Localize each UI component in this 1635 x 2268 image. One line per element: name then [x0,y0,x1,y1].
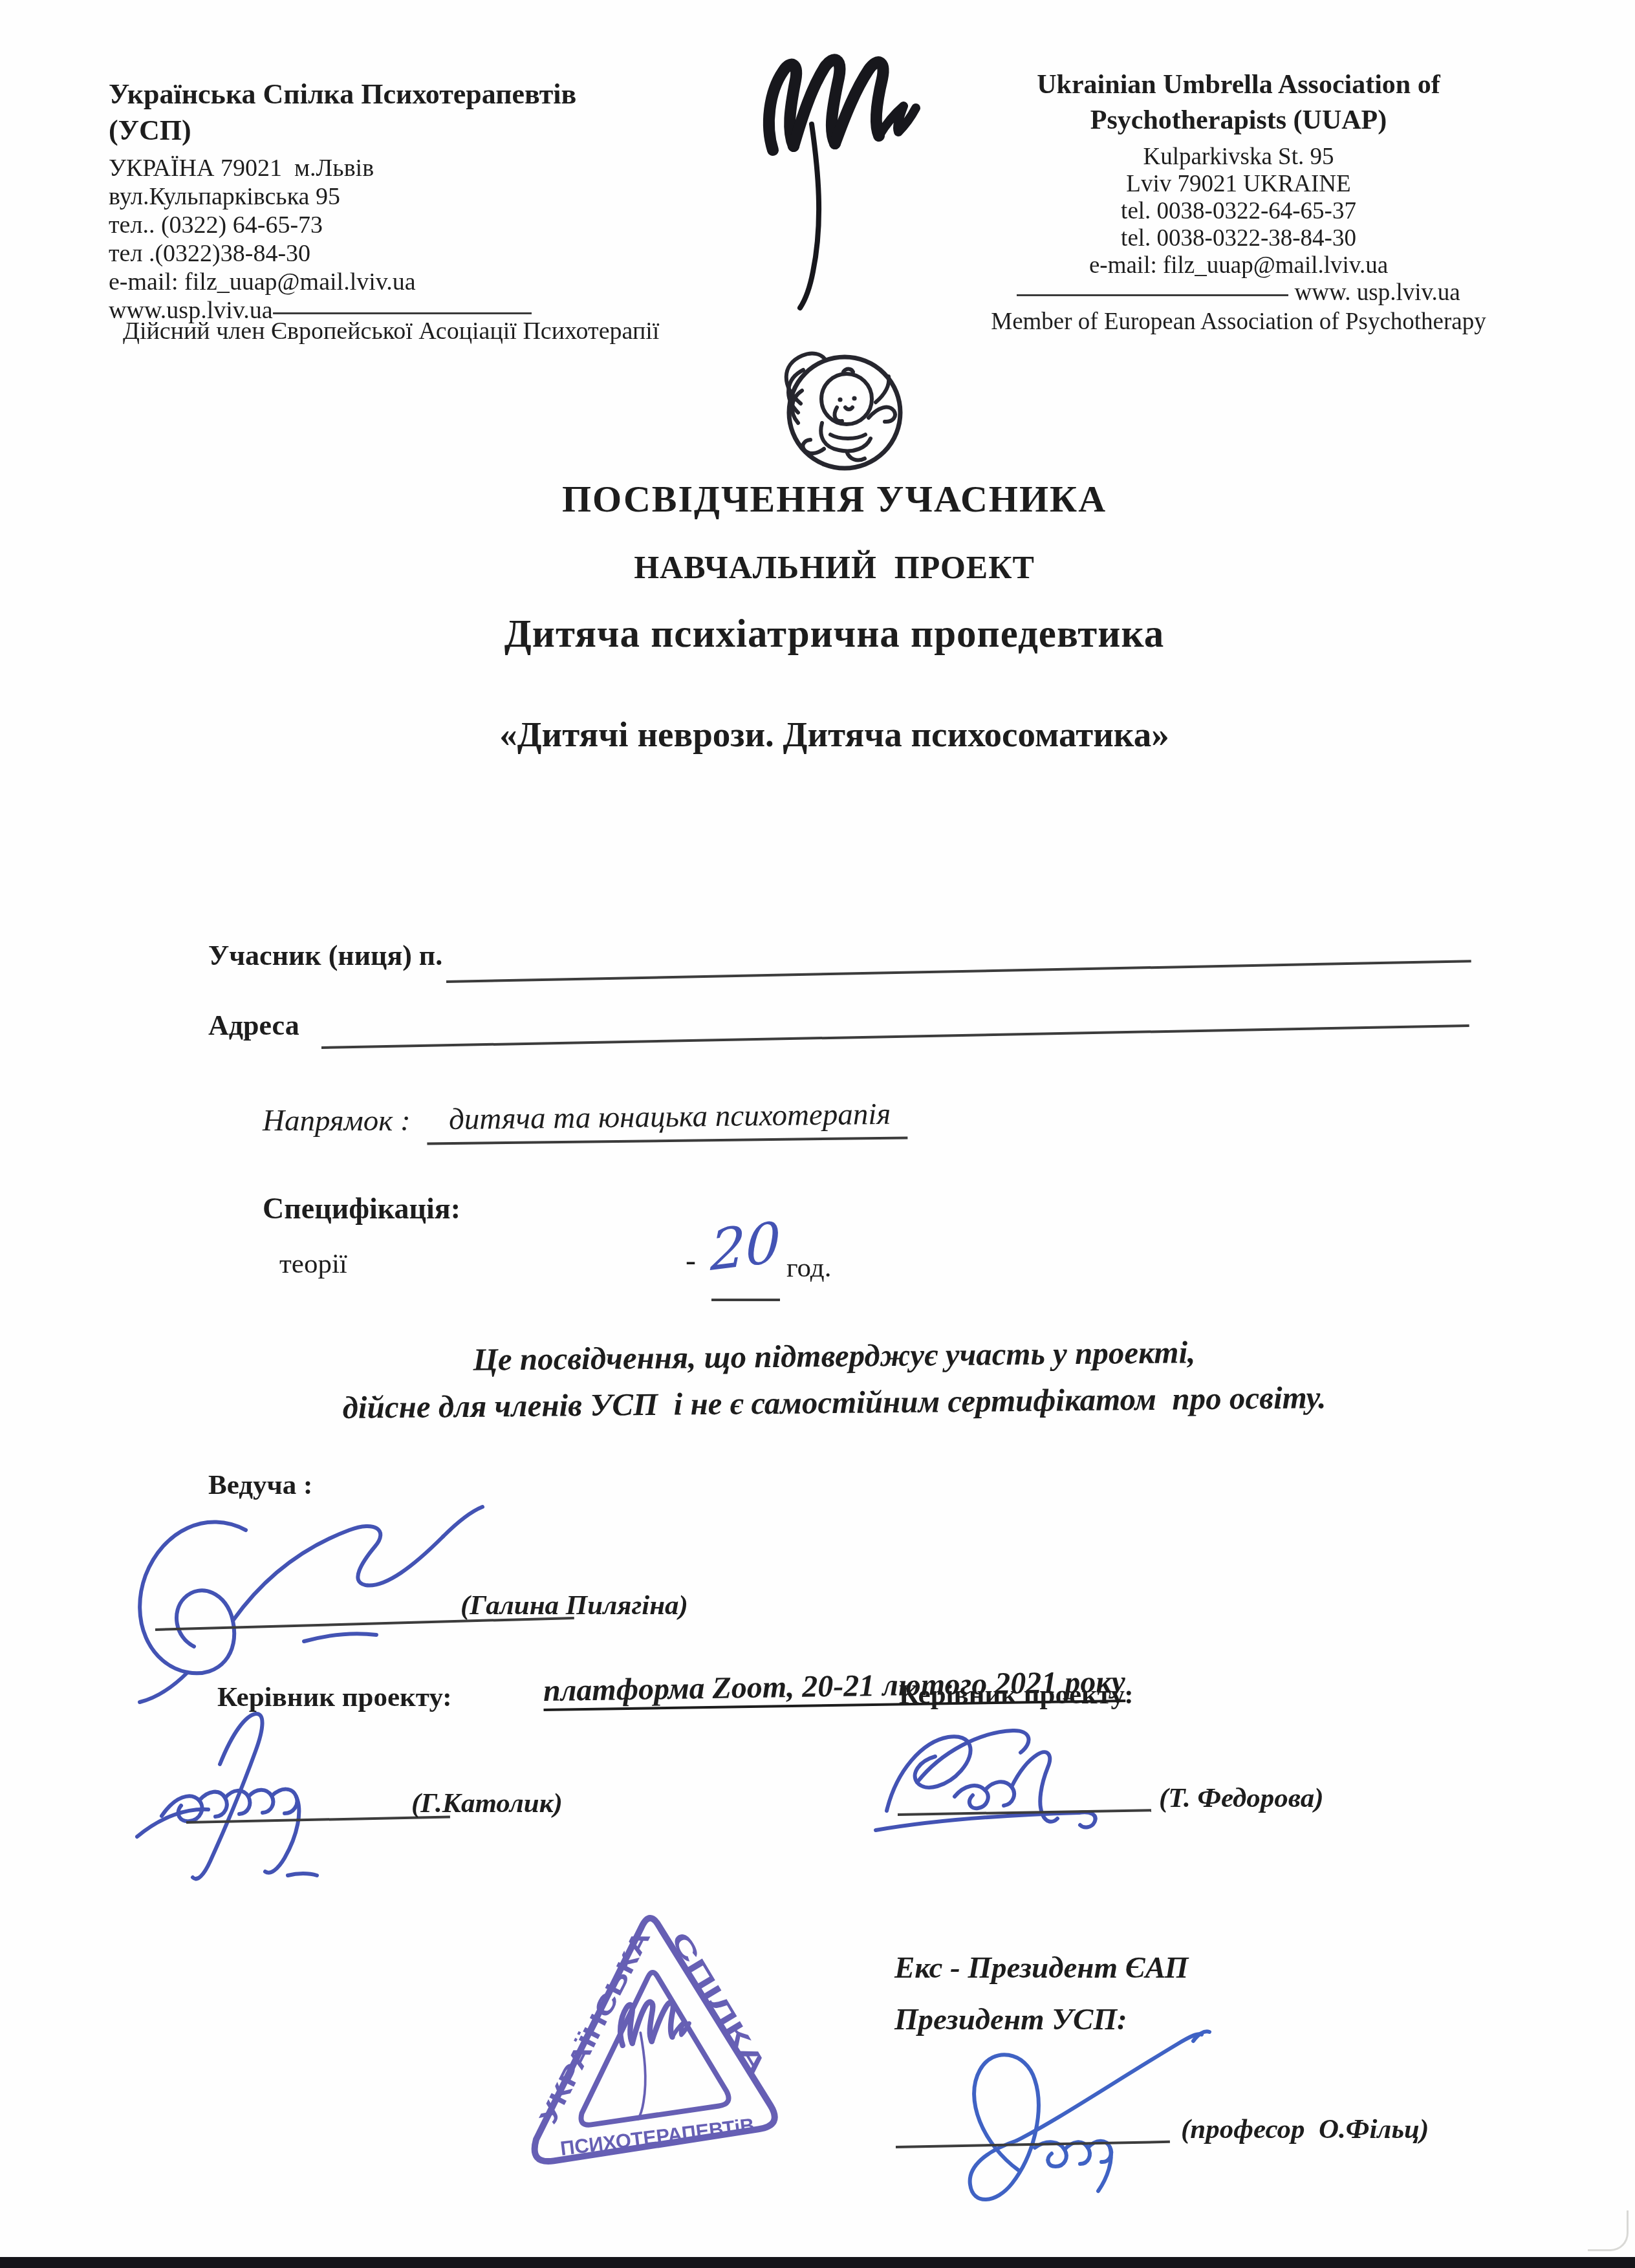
scan-edge-strip [0,2257,1635,2268]
manager-left-signature [123,1706,433,1887]
participant-blank-line [446,960,1471,983]
statement-line2: дійсне для членів УСП і не є самостійним… [39,1376,1630,1429]
right-header-underline [1017,294,1288,296]
participant-label: Учасник (ниця) п. [208,939,442,972]
president-title-line1: Екс - Президент ЄАП [894,1943,1188,1994]
theory-label: теорії [279,1248,347,1280]
hours-unit: год. [786,1252,831,1284]
stamp-text-bottom: ПСИХОТЕРАПЕВТіВ [559,2113,755,2160]
left-header-line: вул.Кульпарківська 95 [109,182,532,211]
right-header: Ukrainian Umbrella Association of Psycho… [983,67,1494,138]
certificate-page: Українська Спілка Психотерапевтів (УСП) … [0,0,1635,2268]
left-header-line: e-mail: filz_uuap@mail.lviv.ua [109,268,532,296]
left-header-title: Українська Спілка Психотерапевтів (УСП) [109,76,704,149]
left-header-title-line2: (УСП) [109,113,704,149]
direction-value-row: дитяча та юнацька психотерапія [427,1099,907,1142]
host-name: (Галина Пилягіна) [460,1590,688,1621]
left-header-line: тел.. (0322) 64-65-73 [109,211,532,239]
scan-page-corner [1588,2210,1629,2251]
usp-triangular-stamp: УКРАЇНСЬКА СПІЛКА ПСИХОТЕРАПЕВТіВ [508,1905,796,2187]
left-header-line: тел .(0322)38-84-30 [109,239,532,268]
project-type-title: НАВЧАЛЬНИЙ ПРОЕКТ [39,548,1630,586]
manager-right-signature [858,1712,1129,1881]
right-header-www: www. usp.lviv.ua [1295,279,1460,306]
right-header-line: Kulparkivska St. 95 [983,144,1494,171]
left-header-underline [273,312,532,314]
right-header-title-line2: Psychotherapists (UUAP) [983,103,1494,138]
specification-label: Специфікація: [263,1191,460,1226]
manager-right-label: Керівник проекту: [899,1679,1134,1711]
course-title: Дитяча психіатрична пропедевтика [39,612,1630,657]
manager-left-name: (Г.Католик) [411,1787,563,1819]
direction-value: дитяча та юнацька психотерапія [427,1096,908,1145]
right-header-lines: Kulparkivska St. 95 Lviv 79021 UKRAINE t… [983,144,1494,307]
left-header-member-line: Дійсний член Європейської Асоціації Псих… [123,317,659,345]
hours-underline [711,1299,780,1301]
statement-line1: Це посвідчення, що підтверджує участь у … [39,1329,1630,1383]
president-signature [905,2015,1242,2209]
stamp-text-right: СПІЛКА [666,1927,772,2080]
right-header-member-line: Member of European Association of Psycho… [964,308,1513,336]
right-header-title-line1: Ukrainian Umbrella Association of [983,67,1494,103]
left-header-lines: УКРАЇНА 79021 м.Львів вул.Кульпарківська… [109,154,532,325]
president-name: (професор О.Фільц) [1181,2113,1429,2145]
address-label: Адреса [208,1009,299,1042]
hours-value: 20 [710,1210,781,1284]
usp-brush-logo [721,27,947,312]
right-header-line: Lviv 79021 UKRAINE [983,171,1494,198]
hours-value-handwritten: 20 [710,1215,781,1279]
certificate-title: ПОСВІДЧЕННЯ УЧАСНИКА [39,477,1630,521]
cherub-figure [803,369,895,460]
platform-date-row: платформа Zoom, 20-21 лютого 2021 року [39,834,1630,870]
right-header-title: Ukrainian Umbrella Association of Psycho… [983,67,1494,138]
right-header-line: e-mail: filz_uuap@mail.lviv.ua [983,252,1494,279]
cherub-angel-logo [762,340,924,482]
direction-label: Напрямок : [263,1103,411,1138]
right-header-line: tel. 0038-0322-38-84-30 [983,225,1494,252]
manager-right-name: (Т. Федорова) [1159,1782,1324,1814]
left-header-title-line1: Українська Спілка Психотерапевтів [109,76,704,113]
address-blank-line [321,1024,1469,1049]
right-header-line: tel. 0038-0322-64-65-37 [983,198,1494,225]
left-header: Українська Спілка Психотерапевтів (УСП) … [109,76,704,149]
right-header-www-row: www. usp.lviv.ua [983,279,1494,307]
left-header-line: УКРАЇНА 79021 м.Львів [109,154,532,182]
module-title: «Дитячі неврози. Дитяча психосоматика» [39,714,1630,755]
hours-dash: - [686,1243,696,1279]
